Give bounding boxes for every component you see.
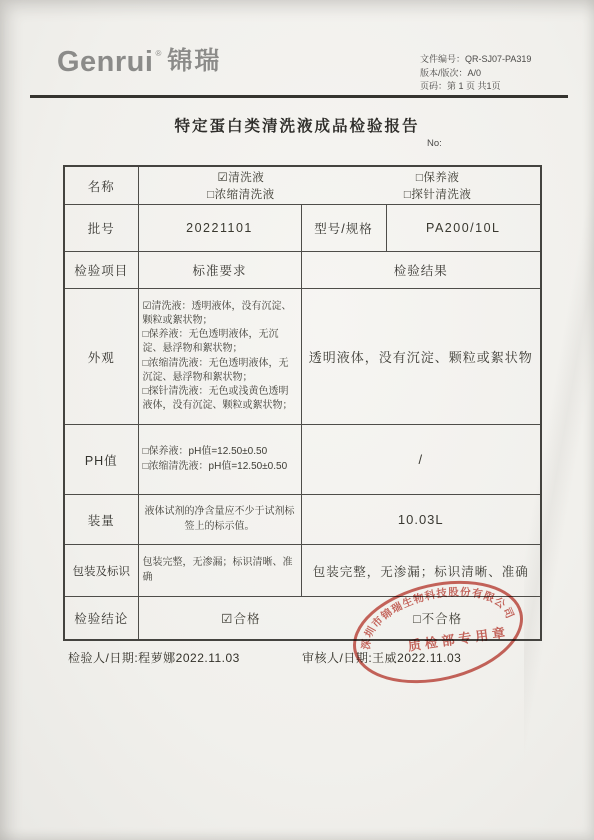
- checkbox-cleaning-solution: ☑清洗液: [143, 169, 340, 185]
- model-label-cell: 型号/规格: [301, 205, 386, 252]
- col-standard-header: 标准要求: [138, 252, 301, 289]
- appearance-standard-cell: ☑清洗液：透明液体，没有沉淀、颗粒或絮状物； □保养液：无色透明液体，无沉淀、悬…: [138, 289, 301, 425]
- packaging-item-cell: 包装及标识: [64, 545, 138, 597]
- table-row-name: 名称 ☑清洗液 □保养液 □浓缩清洗液 □探针清洗液: [64, 166, 541, 205]
- appearance-result-cell: 透明液体，没有沉淀、颗粒或絮状物: [301, 289, 541, 425]
- registered-trademark-icon: ®: [155, 49, 161, 58]
- report-title: 特定蛋白类清洗液成品检验报告: [0, 114, 594, 136]
- checkbox-probe-cleaning-solution: □探针清洗液: [339, 186, 536, 202]
- ph-result-cell: /: [301, 425, 541, 495]
- file-number: 文件编号：QR-SJ07-PA319: [420, 53, 580, 67]
- model-value-cell: PA200/10L: [386, 205, 541, 252]
- name-options-cell: ☑清洗液 □保养液 □浓缩清洗液 □探针清洗液: [138, 166, 541, 205]
- volume-standard-cell: 液体试剂的净含量应不少于试剂标签上的标示值。: [138, 495, 301, 545]
- table-row-ph: PH值 □保养液：pH值=12.50±0.50 □浓缩清洗液：pH值=12.50…: [64, 425, 541, 495]
- header-divider: [30, 95, 568, 98]
- table-row-appearance: 外观 ☑清洗液：透明液体，没有沉淀、颗粒或絮状物； □保养液：无色透明液体，无沉…: [64, 289, 541, 425]
- version-number: 版本/版次：A/0: [420, 67, 580, 81]
- checkbox-pass: ☑合格: [143, 609, 340, 627]
- report-no-label: No:: [427, 138, 442, 149]
- seal-inner-text: 质检部专用章: [407, 625, 510, 654]
- genrui-logo: Genrui ® 锦瑞: [57, 48, 221, 77]
- logo-latin-text: Genrui: [57, 48, 153, 77]
- volume-result-cell: 10.03L: [301, 495, 541, 545]
- volume-item-cell: 装量: [64, 495, 138, 545]
- packaging-standard-cell: 包装完整，无渗漏；标识清晰、准确: [138, 545, 301, 597]
- appearance-item-cell: 外观: [64, 289, 138, 425]
- batch-value-cell: 20221101: [138, 205, 301, 252]
- inspector-signature: 检验人/日期:程萝娜2022.11.03: [68, 649, 240, 666]
- company-seal-stamp: 深圳市锦瑞生物科技股份有限公司 质检部专用章: [336, 552, 552, 712]
- batch-label-cell: 批号: [64, 205, 138, 252]
- scanned-report-page: Genrui ® 锦瑞 文件编号：QR-SJ07-PA319 版本/版次：A/0…: [0, 0, 594, 840]
- conclusion-label-cell: 检验结论: [64, 597, 138, 640]
- table-row-batch: 批号 20221101 型号/规格 PA200/10L: [64, 205, 541, 252]
- col-item-header: 检验项目: [64, 252, 138, 289]
- table-row-volume: 装量 液体试剂的净含量应不少于试剂标签上的标示值。 10.03L: [64, 495, 541, 545]
- table-row-columns-header: 检验项目 标准要求 检验结果: [64, 252, 541, 289]
- checkbox-maintenance-solution: □保养液: [339, 169, 536, 185]
- page-number: 页码：第 1 页 共1页: [420, 80, 580, 94]
- logo-chinese-text: 锦瑞: [167, 48, 221, 74]
- document-control-block: 文件编号：QR-SJ07-PA319 版本/版次：A/0 页码：第 1 页 共1…: [420, 53, 580, 94]
- checkbox-concentrated-cleaning-solution: □浓缩清洗液: [143, 186, 340, 202]
- name-label-cell: 名称: [64, 166, 138, 205]
- ph-standard-cell: □保养液：pH值=12.50±0.50 □浓缩清洗液：pH值=12.50±0.5…: [138, 425, 301, 495]
- ph-item-cell: PH值: [64, 425, 138, 495]
- col-result-header: 检验结果: [301, 252, 541, 289]
